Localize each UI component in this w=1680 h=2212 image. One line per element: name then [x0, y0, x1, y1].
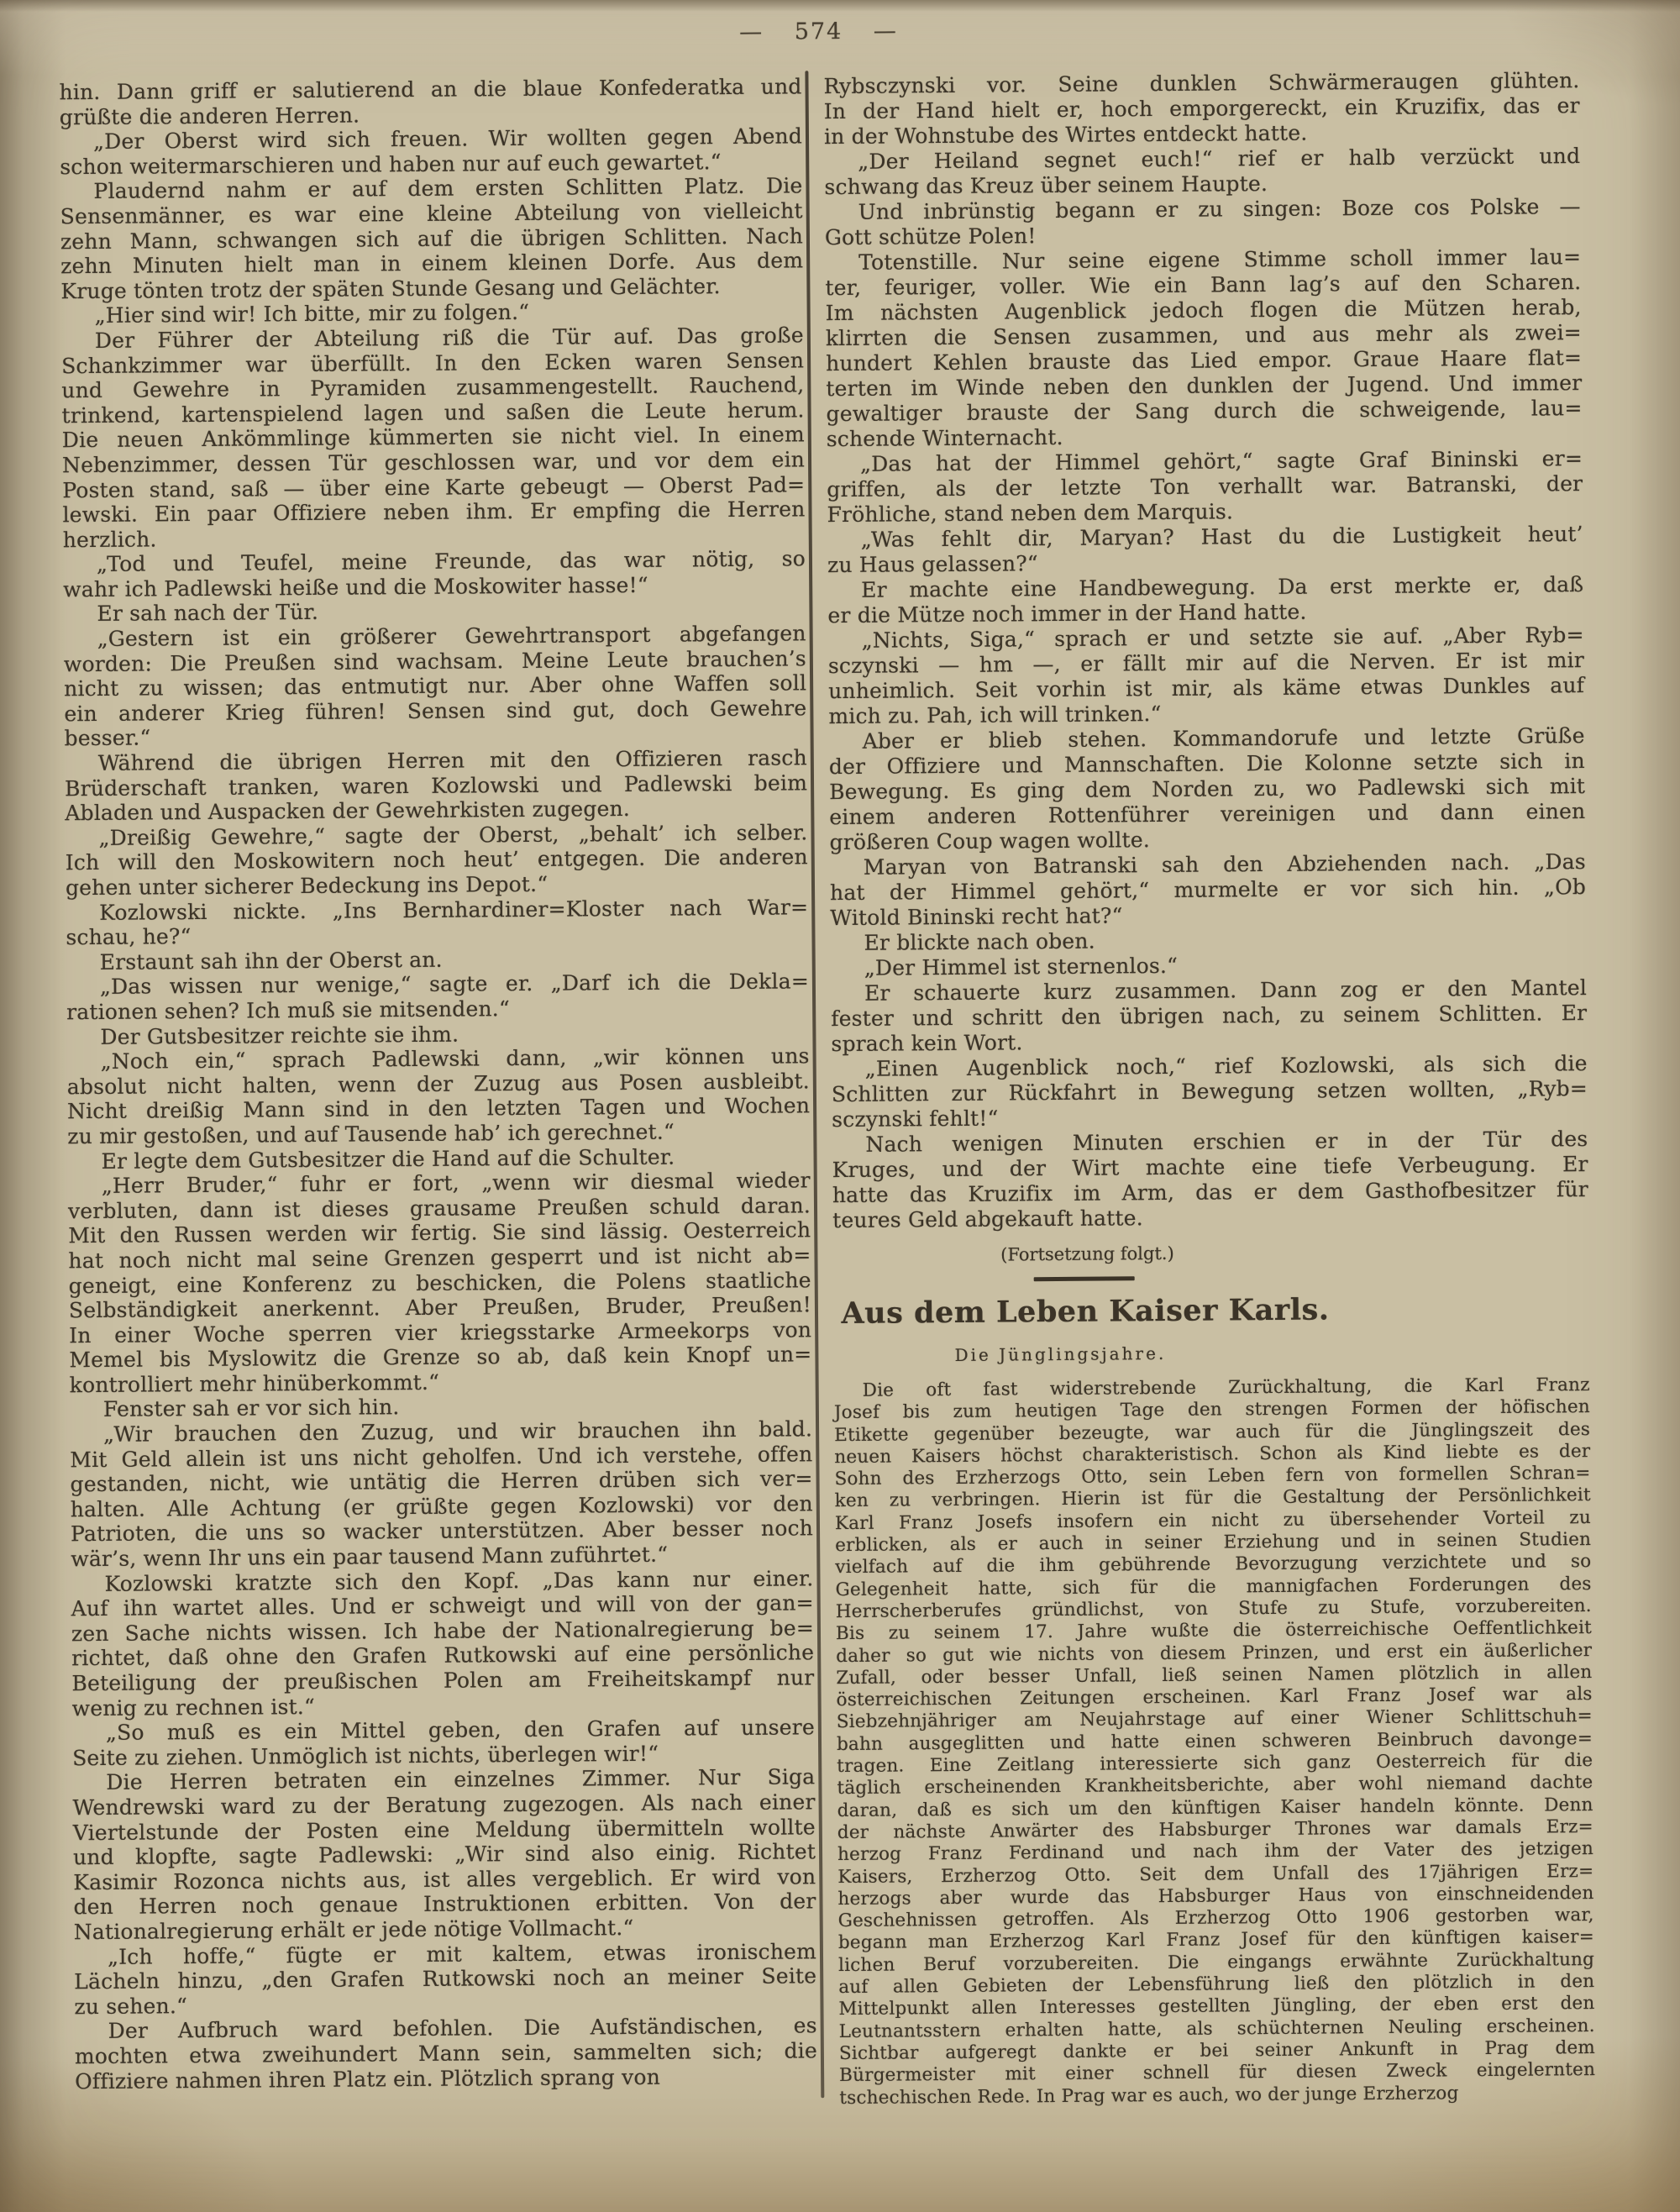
paragraph: Die Herren betraten ein einzelnes Zimmer…: [72, 1765, 816, 1945]
paragraph: Rybsczynski vor. Seine dunklen Schwärmer…: [823, 68, 1580, 150]
paragraph: „Gestern ist ein größerer Gewehrtranspor…: [64, 621, 807, 751]
paragraph: Maryan von Batranski sah den Abziehenden…: [830, 849, 1587, 931]
paragraph: Nach wenigen Minuten erschien er in der …: [832, 1127, 1588, 1233]
paragraph: Kozlowski nickte. „Ins Bernhardiner=Klos…: [66, 895, 808, 950]
paragraph: Der Führer der Abteilung riß die Tür auf…: [61, 323, 806, 552]
paragraph: „Das wissen nur wenige,“ sagte er. „Darf…: [66, 969, 809, 1025]
paragraph: „Einen Augenblick noch,“ rief Kozlowski,…: [832, 1051, 1588, 1132]
article-title: Aus dem Leben Kaiser Karls.: [707, 1291, 1463, 1332]
paragraph: „Noch ein,“ sprach Padlewski dann, „wir …: [67, 1043, 811, 1148]
paragraph: „Der Oberst wird sich freuen. Wir wollte…: [60, 124, 802, 180]
paragraph: Er machte eine Handbewegung. Da erst mer…: [827, 572, 1583, 628]
paragraph: hin. Dann griff er salutierend an die bl…: [59, 74, 801, 129]
paragraph: „Dreißig Gewehre,“ sagte der Oberst, „be…: [65, 820, 808, 901]
paragraph: „Wir brauchen den Zuzug, und wir brauche…: [70, 1416, 813, 1571]
right-column: Rybsczynski vor. Seine dunklen Schwärmer…: [823, 68, 1595, 2110]
article-body: Die oft fast widerstrebende Zurückhaltun…: [834, 1374, 1596, 2110]
serial-story-right-text: Rybsczynski vor. Seine dunklen Schwärmer…: [823, 68, 1588, 1233]
paragraph: Der Aufbruch ward befohlen. Die Aufständ…: [75, 2014, 818, 2094]
left-column: hin. Dann griff er salutierend an die bl…: [59, 74, 817, 2094]
text-line: Offiziere nahmen ihren Platz ein. Plötzl…: [75, 2063, 817, 2094]
paragraph: „Nichts, Siga,“ sprach er und setzte sie…: [828, 623, 1585, 729]
paragraph: Er schauerte kurz zusammen. Dann zog er …: [831, 975, 1588, 1057]
paragraph: „Das hat der Himmel gehört,“ sagte Graf …: [827, 446, 1583, 528]
paragraph: Die oft fast widerstrebende Zurückhaltun…: [834, 1374, 1596, 2110]
paragraph: Während die übrigen Herren mit den Offiz…: [65, 745, 808, 826]
serial-story-left-text: hin. Dann griff er salutierend an die bl…: [59, 74, 817, 2094]
continuation-notice: (Fortsetzung folgt.): [709, 1240, 1465, 1268]
newspaper-page: — 574 — hin. Dann griff er salutierend a…: [0, 0, 1680, 2212]
text-line: teures Geld abgekauft hatte.: [832, 1202, 1588, 1233]
paragraph: Totenstille. Nur seine eigene Stimme sch…: [825, 244, 1583, 452]
paragraph: Plaudernd nahm er auf dem ersten Schlitt…: [60, 174, 803, 304]
paragraph: „Was fehlt dir, Maryan? Hast du die Lust…: [827, 522, 1583, 578]
paragraph: Aber er blieb stehen. Kommandorufe und l…: [829, 723, 1586, 855]
page-number: — 574 —: [56, 13, 1581, 50]
paragraph: Kozlowski kratzte sich den Kopf. „Das ka…: [71, 1566, 814, 1721]
paragraph: „Der Heiland segnet euch!“ rief er halb …: [824, 144, 1580, 200]
scanned-page-content: — 574 — hin. Dann griff er salutierend a…: [0, 0, 1680, 2212]
paragraph: „Ich hoffe,“ fügte er mit kaltem, etwas …: [74, 1939, 817, 2020]
paragraph: „Tod und Teufel, meine Freunde, das war …: [63, 547, 806, 602]
paragraph: „So muß es ein Mittel geben, den Grafen …: [72, 1715, 815, 1770]
paragraph: Und inbrünstig begann er zu singen: Boze…: [825, 194, 1581, 250]
section-divider-rule: [1034, 1276, 1135, 1281]
